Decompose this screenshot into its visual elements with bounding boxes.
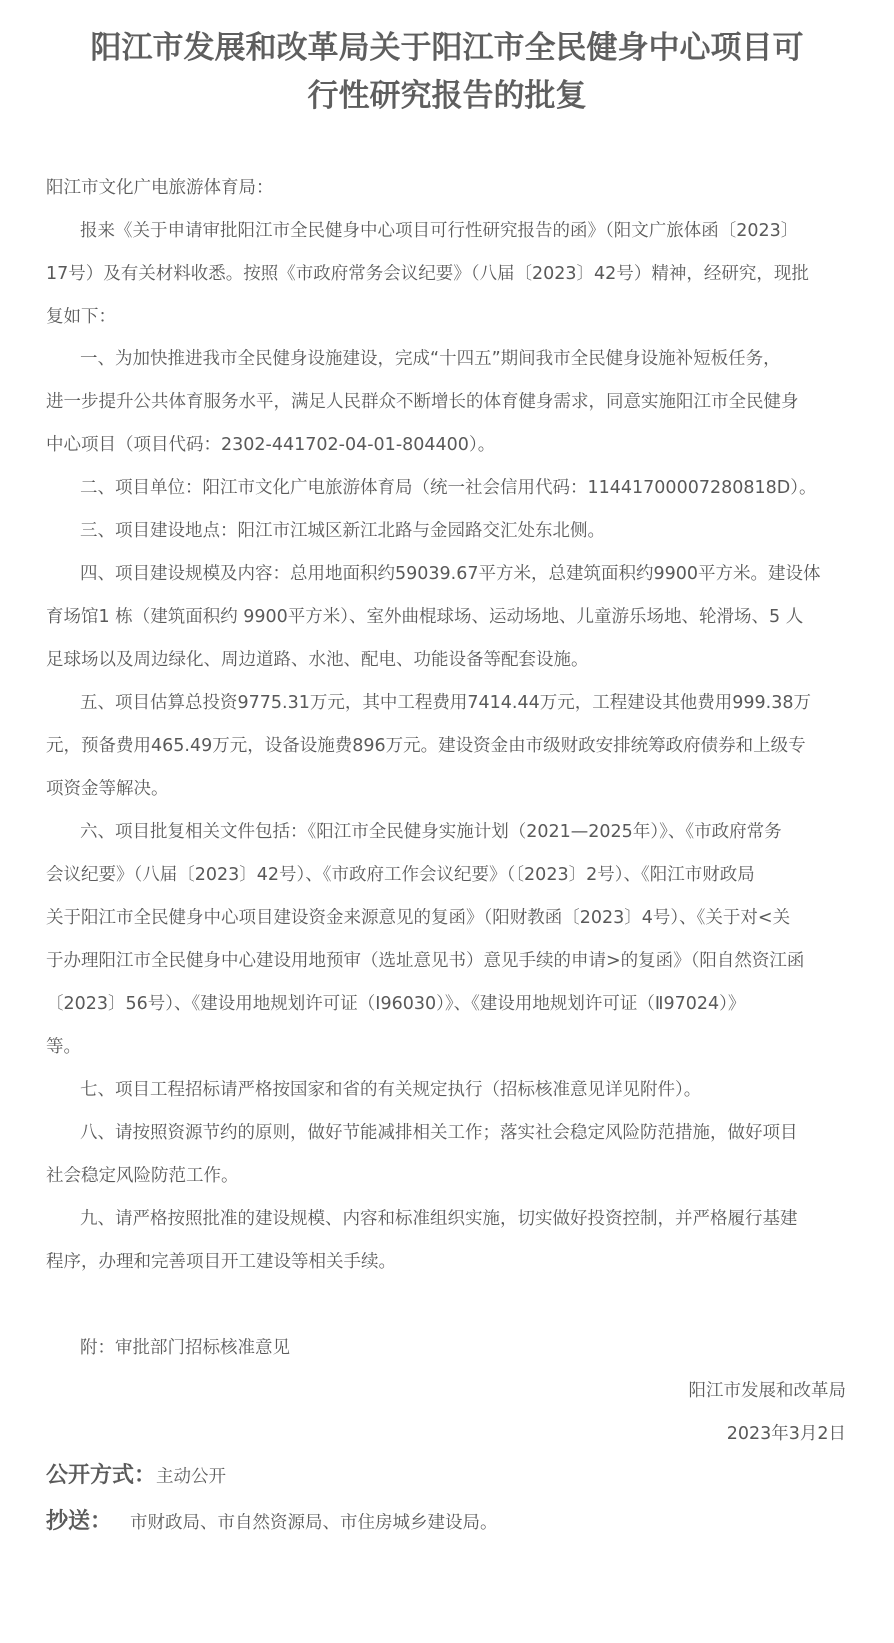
item-1-line: 一、为加快推进我市全民健身设施建设，完成“十四五”期间我市全民健身设施补短板任务… bbox=[80, 347, 781, 371]
item-6-line: 〔2023〕56号）、《建设用地规划许可证（Ⅰ96030）》、《建设用地规划许可… bbox=[46, 992, 745, 1016]
item-1-line: 进一步提升公共体育服务水平，满足人民群众不断增长的体育健身需求，同意实施阳江市全… bbox=[46, 390, 799, 414]
signature-date: 2023年3月2日 bbox=[727, 1422, 846, 1446]
document-title: 阳江市发展和改革局关于阳江市全民健身中心项目可 行性研究报告的批复 bbox=[40, 24, 854, 120]
item-3-line: 三、项目建设地点：阳江市江城区新江北路与金园路交汇处东北侧。 bbox=[80, 519, 605, 543]
item-7-line: 七、项目工程招标请严格按国家和省的有关规定执行（招标核准意见详见附件）。 bbox=[80, 1078, 701, 1102]
title-line-2: 行性研究报告的批复 bbox=[40, 72, 854, 120]
intro-line: 复如下： bbox=[46, 305, 116, 329]
item-9-line: 程序，办理和完善项目开工建设等相关手续。 bbox=[46, 1250, 396, 1274]
item-4-line: 四、项目建设规模及内容：总用地面积约59039.67平方米，总建筑面积约9900… bbox=[80, 562, 821, 586]
item-6-line: 关于阳江市全民健身中心项目建设资金来源意见的复函》（阳财教函〔2023〕4号）、… bbox=[46, 906, 790, 930]
item-8-line: 社会稳定风险防范工作。 bbox=[46, 1164, 239, 1188]
addressee: 阳江市文化广电旅游体育局： bbox=[46, 176, 274, 200]
intro-line: 17号）及有关材料收悉。按照《市政府常务会议纪要》（八届〔2023〕42号）精神… bbox=[46, 262, 809, 286]
item-9-line: 九、请严格按照批准的建设规模、内容和标准组织实施，切实做好投资控制，并严格履行基… bbox=[80, 1207, 798, 1231]
disclosure-row: 公开方式：主动公开 bbox=[46, 1464, 226, 1489]
intro-line: 报来《关于申请审批阳江市全民健身中心项目可行性研究报告的函》（阳文广旅体函〔20… bbox=[80, 219, 798, 243]
item-1-line: 中心项目（项目代码：2302-441702-04-01-804400）。 bbox=[46, 433, 495, 457]
item-6-line: 等。 bbox=[46, 1035, 81, 1059]
item-2-line: 二、项目单位：阳江市文化广电旅游体育局（统一社会信用代码：11441700007… bbox=[80, 476, 817, 500]
item-5-line: 五、项目估算总投资9775.31万元，其中工程费用7414.44万元，工程建设其… bbox=[80, 691, 811, 715]
item-6-line: 六、项目批复相关文件包括：《阳江市全民健身实施计划（2021—2025年）》、《… bbox=[80, 820, 782, 844]
item-6-line: 于办理阳江市全民健身中心建设用地预审（选址意见书）意见手续的申请>的复函》（阳自… bbox=[46, 949, 804, 973]
item-8-line: 八、请按照资源节约的原则，做好节能减排相关工作；落实社会稳定风险防范措施，做好项… bbox=[80, 1121, 798, 1145]
item-5-line: 项资金等解决。 bbox=[46, 777, 169, 801]
item-6-line: 会议纪要》（八届〔2023〕42号）、《市政府工作会议纪要》（〔2023〕2号）… bbox=[46, 863, 755, 887]
attachment-link[interactable]: 附：审批部门招标核准意见 bbox=[80, 1336, 290, 1360]
item-4-line: 育场馆1 栋（建筑面积约 9900平方米）、室外曲棍球场、运动场地、儿童游乐场地… bbox=[46, 605, 803, 629]
disclosure-value: 主动公开 bbox=[156, 1467, 226, 1487]
cc-label: 抄送： bbox=[46, 1509, 112, 1534]
cc-value: 市财政局、市自然资源局、市住房城乡建设局。 bbox=[130, 1513, 498, 1533]
item-5-line: 元，预备费用465.49万元，设备设施费896万元。建设资金由市级财政安排统筹政… bbox=[46, 734, 806, 758]
disclosure-label: 公开方式： bbox=[46, 1463, 156, 1488]
item-4-line: 足球场以及周边绿化、周边道路、水池、配电、功能设备等配套设施。 bbox=[46, 648, 589, 672]
title-line-1: 阳江市发展和改革局关于阳江市全民健身中心项目可 bbox=[40, 24, 854, 72]
signature: 阳江市发展和改革局 bbox=[689, 1379, 847, 1403]
cc-row: 抄送：市财政局、市自然资源局、市住房城乡建设局。 bbox=[46, 1510, 498, 1535]
